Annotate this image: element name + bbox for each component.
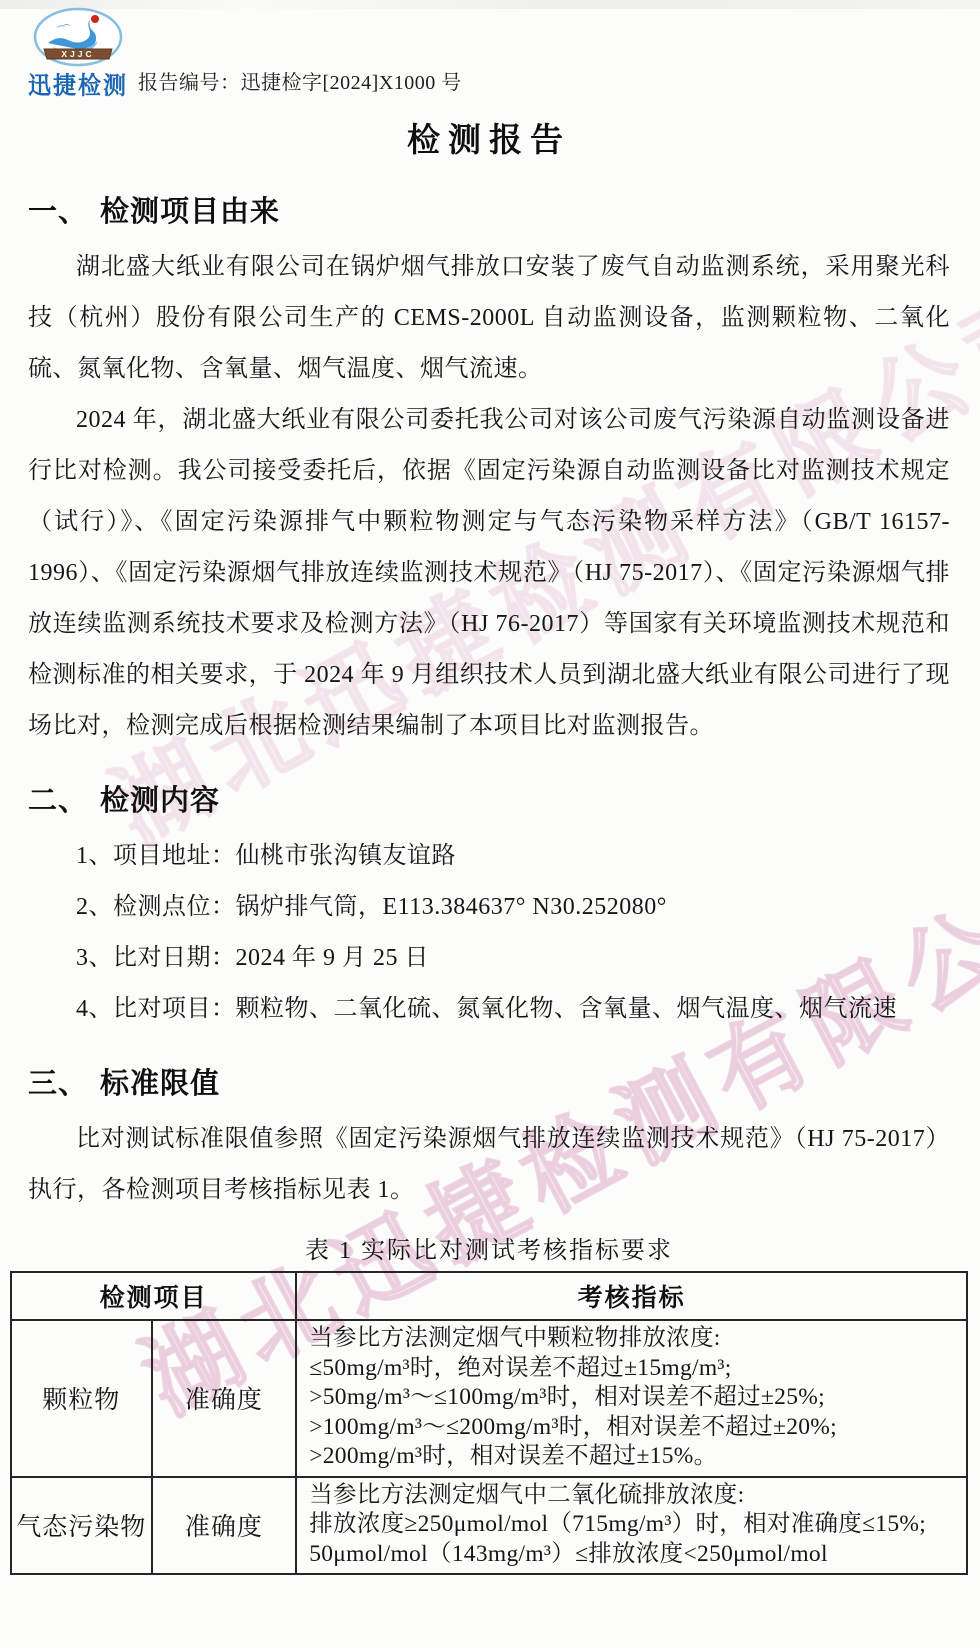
cell-item-gaseous: 气态污染物 [11, 1477, 152, 1575]
logo-abbr-text: XJJC [61, 49, 94, 59]
section-2-number: 二、 [28, 785, 88, 817]
section-heading-1: 一、检测项目由来 [28, 192, 950, 232]
section-1-number: 一、 [28, 196, 88, 228]
list-item-test-parameters: 4、比对项目：颗粒物、二氧化硫、氮氧化物、含氧量、烟气温度、烟气流速 [28, 984, 950, 1035]
list-item-project-address: 1、项目地址：仙桃市张沟镇友谊路 [28, 831, 950, 882]
company-logo-icon: XJJC [32, 7, 124, 67]
document-title: 检测报告 [28, 119, 950, 163]
report-page: 湖北迅捷检测有限公司 湖北迅捷检测有限公司 XJJC 迅捷检测 [0, 0, 980, 1647]
criteria-line: >200mg/m³时，相对误差不超过±15%。 [309, 1442, 958, 1472]
criteria-line: >50mg/m³～≤100mg/m³时，相对误差不超过±25%; [309, 1383, 958, 1413]
criteria-line: 50μmol/mol（143mg/m³）≤排放浓度<250μmol/mol [309, 1540, 958, 1570]
table-row-particulate: 颗粒物 准确度 当参比方法测定烟气中颗粒物排放浓度: ≤50mg/m³时，绝对误… [11, 1320, 967, 1477]
section-3-title: 标准限值 [100, 1068, 220, 1100]
company-logo-name: 迅捷检测 [28, 71, 128, 98]
section-2-title: 检测内容 [100, 785, 220, 817]
report-number: 报告编号：迅捷检字[2024]X1000 号 [138, 66, 462, 98]
criteria-line: ≤50mg/m³时，绝对误差不超过±15mg/m³; [309, 1354, 958, 1384]
table-row-gaseous: 气态污染物 准确度 当参比方法测定烟气中二氧化硫排放浓度: 排放浓度≥250μm… [11, 1477, 967, 1575]
section-3-number: 三、 [28, 1068, 88, 1100]
paragraph-origin-1: 湖北盛大纸业有限公司在锅炉烟气排放口安装了废气自动监测系统，采用聚光科技（杭州）… [28, 242, 950, 395]
paragraph-origin-2: 2024 年，湖北盛大纸业有限公司委托我公司对该公司废气污染源自动监测设备进行比… [28, 395, 950, 752]
column-header-criteria: 考核指标 [296, 1272, 967, 1320]
content-item-list: 1、项目地址：仙桃市张沟镇友谊路 2、检测点位：锅炉排气筒，E113.38463… [28, 831, 950, 1035]
cell-criteria-particulate: 当参比方法测定烟气中颗粒物排放浓度: ≤50mg/m³时，绝对误差不超过±15m… [296, 1320, 967, 1477]
table-caption: 表 1 实际比对测试考核指标要求 [28, 1230, 950, 1265]
criteria-line: 当参比方法测定烟气中颗粒物排放浓度: [309, 1324, 958, 1354]
list-item-test-location: 2、检测点位：锅炉排气筒，E113.384637° N30.252080° [28, 882, 950, 933]
criteria-line: 排放浓度≥250μmol/mol（715mg/m³）时，相对准确度≤15%; [309, 1510, 958, 1540]
cell-criteria-gaseous: 当参比方法测定烟气中二氧化硫排放浓度: 排放浓度≥250μmol/mol（715… [296, 1477, 967, 1575]
criteria-line: 当参比方法测定烟气中二氧化硫排放浓度: [309, 1481, 958, 1511]
criteria-table: 检测项目 考核指标 颗粒物 准确度 当参比方法测定烟气中颗粒物排放浓度: ≤50… [10, 1271, 968, 1575]
table-header-row: 检测项目 考核指标 [11, 1272, 967, 1320]
cell-item-particulate: 颗粒物 [11, 1320, 152, 1477]
page-header: XJJC 迅捷检测 报告编号：迅捷检字[2024]X1000 号 [28, 0, 950, 98]
cell-attr-accuracy-1: 准确度 [152, 1320, 297, 1477]
criteria-line: >100mg/m³～≤200mg/m³时，相对误差不超过±20%; [309, 1413, 958, 1443]
section-heading-3: 三、标准限值 [28, 1064, 950, 1104]
company-logo: XJJC 迅捷检测 [28, 7, 128, 98]
cell-attr-accuracy-2: 准确度 [152, 1477, 297, 1575]
list-item-test-date: 3、比对日期：2024 年 9 月 25 日 [28, 933, 950, 984]
paragraph-standard-limit: 比对测试标准限值参照《固定污染源烟气排放连续监测技术规范》（HJ 75-2017… [28, 1114, 950, 1216]
column-header-test-item: 检测项目 [11, 1272, 296, 1320]
section-1-title: 检测项目由来 [100, 196, 280, 228]
section-heading-2: 二、检测内容 [28, 781, 950, 821]
